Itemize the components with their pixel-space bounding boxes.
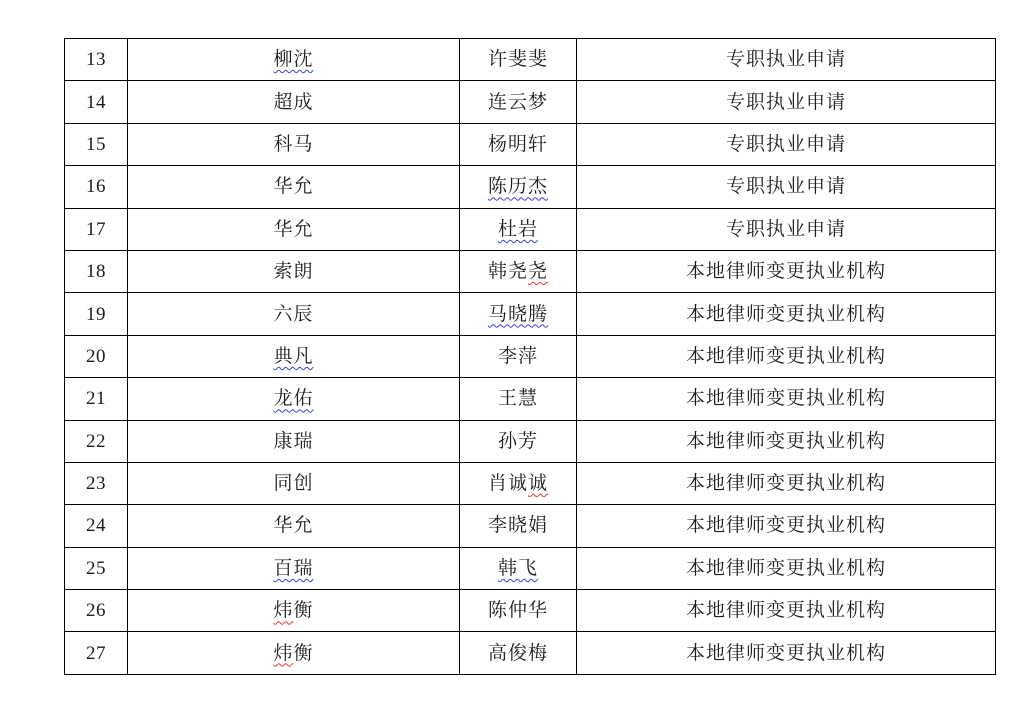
text-segment: 高俊梅 [488, 643, 548, 664]
cell-firm: 科马 [128, 123, 460, 165]
spellcheck-red-underline: 尧 [528, 261, 548, 282]
cell-firm: 典凡 [128, 335, 460, 377]
cell-index: 25 [65, 547, 128, 589]
text-segment: 衡 [294, 600, 314, 621]
spellcheck-blue-underline: 韩飞 [498, 558, 538, 579]
table-row: 22 康瑞 孙芳 本地律师变更执业机构 [65, 420, 996, 462]
cell-index: 20 [65, 335, 128, 377]
spellcheck-blue-underline: 典凡 [273, 346, 313, 367]
cell-firm: 华允 [128, 505, 460, 547]
text-segment: 同创 [273, 473, 313, 494]
text-segment: 韩尧 [488, 261, 528, 282]
cell-firm: 康瑞 [128, 420, 460, 462]
cell-lawyer-name: 陈历杰 [460, 166, 577, 208]
cell-firm: 超成 [128, 81, 460, 123]
cell-index: 18 [65, 250, 128, 292]
text-segment: 华允 [273, 515, 313, 536]
cell-lawyer-name: 李萍 [460, 335, 577, 377]
cell-firm: 炜衡 [128, 632, 460, 674]
cell-index: 26 [65, 590, 128, 632]
cell-index: 24 [65, 505, 128, 547]
cell-application-type: 本地律师变更执业机构 [577, 335, 996, 377]
table-row: 27 炜衡 高俊梅 本地律师变更执业机构 [65, 632, 996, 674]
cell-index: 22 [65, 420, 128, 462]
spellcheck-red-underline: 炜 [273, 643, 293, 664]
text-segment: 康瑞 [273, 431, 313, 452]
spellcheck-blue-underline: 柳沈 [273, 49, 313, 70]
table-row: 16 华允 陈历杰 专职执业申请 [65, 166, 996, 208]
spellcheck-blue-underline: 陈历杰 [488, 176, 548, 197]
cell-lawyer-name: 高俊梅 [460, 632, 577, 674]
application-table: 13 柳沈 许斐斐 专职执业申请 14 超成 连云梦 专职执业申请 15 科马 … [64, 38, 996, 675]
table-row: 13 柳沈 许斐斐 专职执业申请 [65, 39, 996, 81]
cell-application-type: 专职执业申请 [577, 208, 996, 250]
cell-index: 21 [65, 378, 128, 420]
text-segment: 杨明轩 [488, 134, 548, 155]
text-segment: 陈仲华 [488, 600, 548, 621]
cell-index: 23 [65, 462, 128, 504]
cell-application-type: 本地律师变更执业机构 [577, 462, 996, 504]
cell-application-type: 本地律师变更执业机构 [577, 590, 996, 632]
spellcheck-red-underline: 诚 [528, 473, 548, 494]
cell-firm: 索朗 [128, 250, 460, 292]
table-row: 24 华允 李晓娟 本地律师变更执业机构 [65, 505, 996, 547]
cell-lawyer-name: 连云梦 [460, 81, 577, 123]
spellcheck-blue-underline: 马晓腾 [488, 304, 548, 325]
cell-lawyer-name: 孙芳 [460, 420, 577, 462]
table-row: 14 超成 连云梦 专职执业申请 [65, 81, 996, 123]
cell-index: 16 [65, 166, 128, 208]
cell-index: 19 [65, 293, 128, 335]
cell-application-type: 本地律师变更执业机构 [577, 420, 996, 462]
cell-application-type: 专职执业申请 [577, 39, 996, 81]
cell-index: 27 [65, 632, 128, 674]
cell-lawyer-name: 韩飞 [460, 547, 577, 589]
cell-firm: 六辰 [128, 293, 460, 335]
text-segment: 衡 [294, 643, 314, 664]
cell-lawyer-name: 陈仲华 [460, 590, 577, 632]
cell-index: 15 [65, 123, 128, 165]
cell-application-type: 专职执业申请 [577, 81, 996, 123]
text-segment: 王慧 [498, 388, 538, 409]
table-row: 19 六辰 马晓腾 本地律师变更执业机构 [65, 293, 996, 335]
cell-application-type: 专职执业申请 [577, 123, 996, 165]
cell-firm: 柳沈 [128, 39, 460, 81]
cell-firm: 龙佑 [128, 378, 460, 420]
cell-application-type: 本地律师变更执业机构 [577, 250, 996, 292]
spellcheck-blue-underline: 杜岩 [498, 219, 538, 240]
text-segment: 李萍 [498, 346, 538, 367]
cell-lawyer-name: 马晓腾 [460, 293, 577, 335]
text-segment: 索朗 [273, 261, 313, 282]
table-row: 15 科马 杨明轩 专职执业申请 [65, 123, 996, 165]
table-row: 26 炜衡 陈仲华 本地律师变更执业机构 [65, 590, 996, 632]
text-segment: 华允 [273, 176, 313, 197]
cell-lawyer-name: 许斐斐 [460, 39, 577, 81]
document-page: 13 柳沈 许斐斐 专职执业申请 14 超成 连云梦 专职执业申请 15 科马 … [0, 0, 1036, 707]
text-segment: 肖诚 [488, 473, 528, 494]
cell-firm: 炜衡 [128, 590, 460, 632]
spellcheck-blue-underline: 百瑞 [273, 558, 313, 579]
text-segment: 孙芳 [498, 431, 538, 452]
cell-firm: 华允 [128, 166, 460, 208]
table-row: 23 同创 肖诚诚 本地律师变更执业机构 [65, 462, 996, 504]
text-segment: 许斐斐 [488, 49, 548, 70]
cell-index: 17 [65, 208, 128, 250]
text-segment: 李晓娟 [488, 515, 548, 536]
cell-lawyer-name: 李晓娟 [460, 505, 577, 547]
cell-application-type: 本地律师变更执业机构 [577, 505, 996, 547]
cell-application-type: 本地律师变更执业机构 [577, 632, 996, 674]
cell-application-type: 专职执业申请 [577, 166, 996, 208]
cell-application-type: 本地律师变更执业机构 [577, 378, 996, 420]
table-row: 17 华允 杜岩 专职执业申请 [65, 208, 996, 250]
table-row: 21 龙佑 王慧 本地律师变更执业机构 [65, 378, 996, 420]
cell-lawyer-name: 杜岩 [460, 208, 577, 250]
table-row: 20 典凡 李萍 本地律师变更执业机构 [65, 335, 996, 377]
text-segment: 科马 [273, 134, 313, 155]
cell-index: 13 [65, 39, 128, 81]
cell-lawyer-name: 王慧 [460, 378, 577, 420]
cell-lawyer-name: 杨明轩 [460, 123, 577, 165]
cell-index: 14 [65, 81, 128, 123]
cell-application-type: 本地律师变更执业机构 [577, 293, 996, 335]
cell-application-type: 本地律师变更执业机构 [577, 547, 996, 589]
table-row: 18 索朗 韩尧尧 本地律师变更执业机构 [65, 250, 996, 292]
table-row: 25 百瑞 韩飞 本地律师变更执业机构 [65, 547, 996, 589]
text-segment: 华允 [273, 219, 313, 240]
table-body: 13 柳沈 许斐斐 专职执业申请 14 超成 连云梦 专职执业申请 15 科马 … [65, 39, 996, 675]
cell-lawyer-name: 韩尧尧 [460, 250, 577, 292]
text-segment: 六辰 [273, 304, 313, 325]
text-segment: 超成 [273, 92, 313, 113]
cell-lawyer-name: 肖诚诚 [460, 462, 577, 504]
spellcheck-red-underline: 炜 [273, 600, 293, 621]
spellcheck-blue-underline: 龙佑 [273, 388, 313, 409]
cell-firm: 同创 [128, 462, 460, 504]
text-segment: 连云梦 [488, 92, 548, 113]
cell-firm: 百瑞 [128, 547, 460, 589]
cell-firm: 华允 [128, 208, 460, 250]
